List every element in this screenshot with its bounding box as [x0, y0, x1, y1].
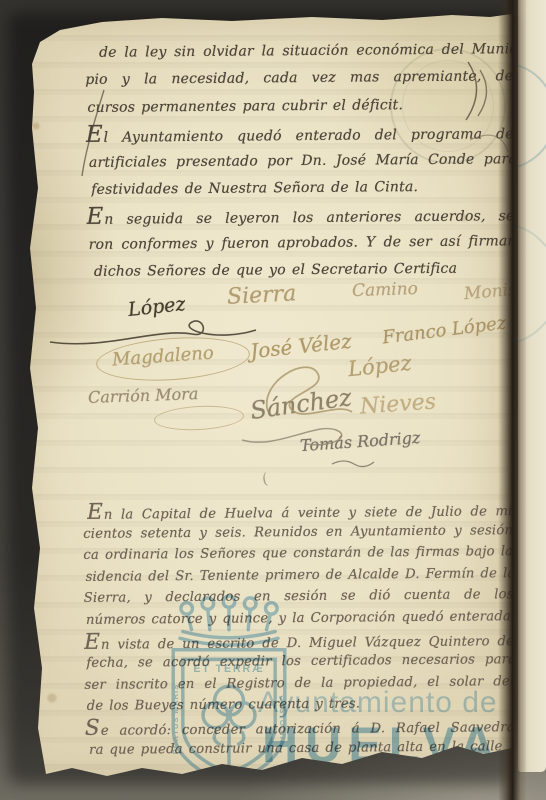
- manuscript-line: En la Capital de Huelva á veinte y siete…: [87, 498, 517, 523]
- manuscript-page: de la ley sin olvidar la situación econó…: [12, 8, 512, 784]
- lower-text-block: En la Capital de Huelva á veinte y siete…: [83, 498, 519, 761]
- signature-franco-lopez: Franco López: [381, 312, 507, 348]
- signature-rodriguez: Tomás Rodrigz: [299, 428, 420, 455]
- book-gutter-shadow: [498, 0, 526, 800]
- manuscript-line: En seguida se leyeron los anteriores acu…: [86, 201, 514, 232]
- signature-magdaleno: Magdaleno: [111, 342, 214, 370]
- signature-nieves: Nieves: [359, 389, 437, 419]
- manuscript-line: ron conformes y fueron aprobados. Y de s…: [89, 228, 517, 259]
- manuscript-line: cursos permanentes para cubrir el défici…: [87, 91, 515, 122]
- manuscript-line: de la ley sin olvidar la situación econó…: [99, 36, 527, 67]
- signature-sanchez: Sánchez: [249, 383, 354, 425]
- manuscript-line: números catorce y quince, y la Corporaci…: [86, 606, 516, 631]
- manuscript-line: dichos Señores de que yo el Secretario C…: [94, 255, 522, 286]
- signature-jose-velez: José Vélez: [249, 329, 353, 364]
- signature-rubric-rodriguez-underline: [328, 456, 378, 470]
- manuscript-line: Se acordó: conceder autorización á D. Ra…: [85, 714, 515, 739]
- upper-text-block: de la ley sin olvidar la situación econó…: [85, 36, 529, 286]
- signature-lopez: López: [127, 293, 186, 321]
- signature-sierra: Sierra: [226, 281, 296, 310]
- signature-carrion-mora: Carrión Mora: [88, 384, 199, 407]
- manuscript-line: ser inscrito en el Registro de la propie…: [84, 671, 514, 696]
- stray-pen-mark: (: [259, 470, 271, 489]
- signature-camino: Camino: [352, 279, 419, 301]
- manuscript-line: festividades de Nuestra Señora de la Cin…: [91, 173, 519, 204]
- manuscript-line: pio y la necesidad, cada vez mas apremia…: [85, 64, 513, 95]
- signature-rubric-carrion-oval: [153, 404, 244, 433]
- manuscript-line: El Ayuntamiento quedó enterado del progr…: [86, 118, 514, 149]
- manuscript-line: artificiales presentado por Dn. José Mar…: [89, 146, 517, 177]
- signature-lopez-2: López: [347, 351, 413, 382]
- scanned-document: de la ley sin olvidar la situación econó…: [0, 0, 546, 800]
